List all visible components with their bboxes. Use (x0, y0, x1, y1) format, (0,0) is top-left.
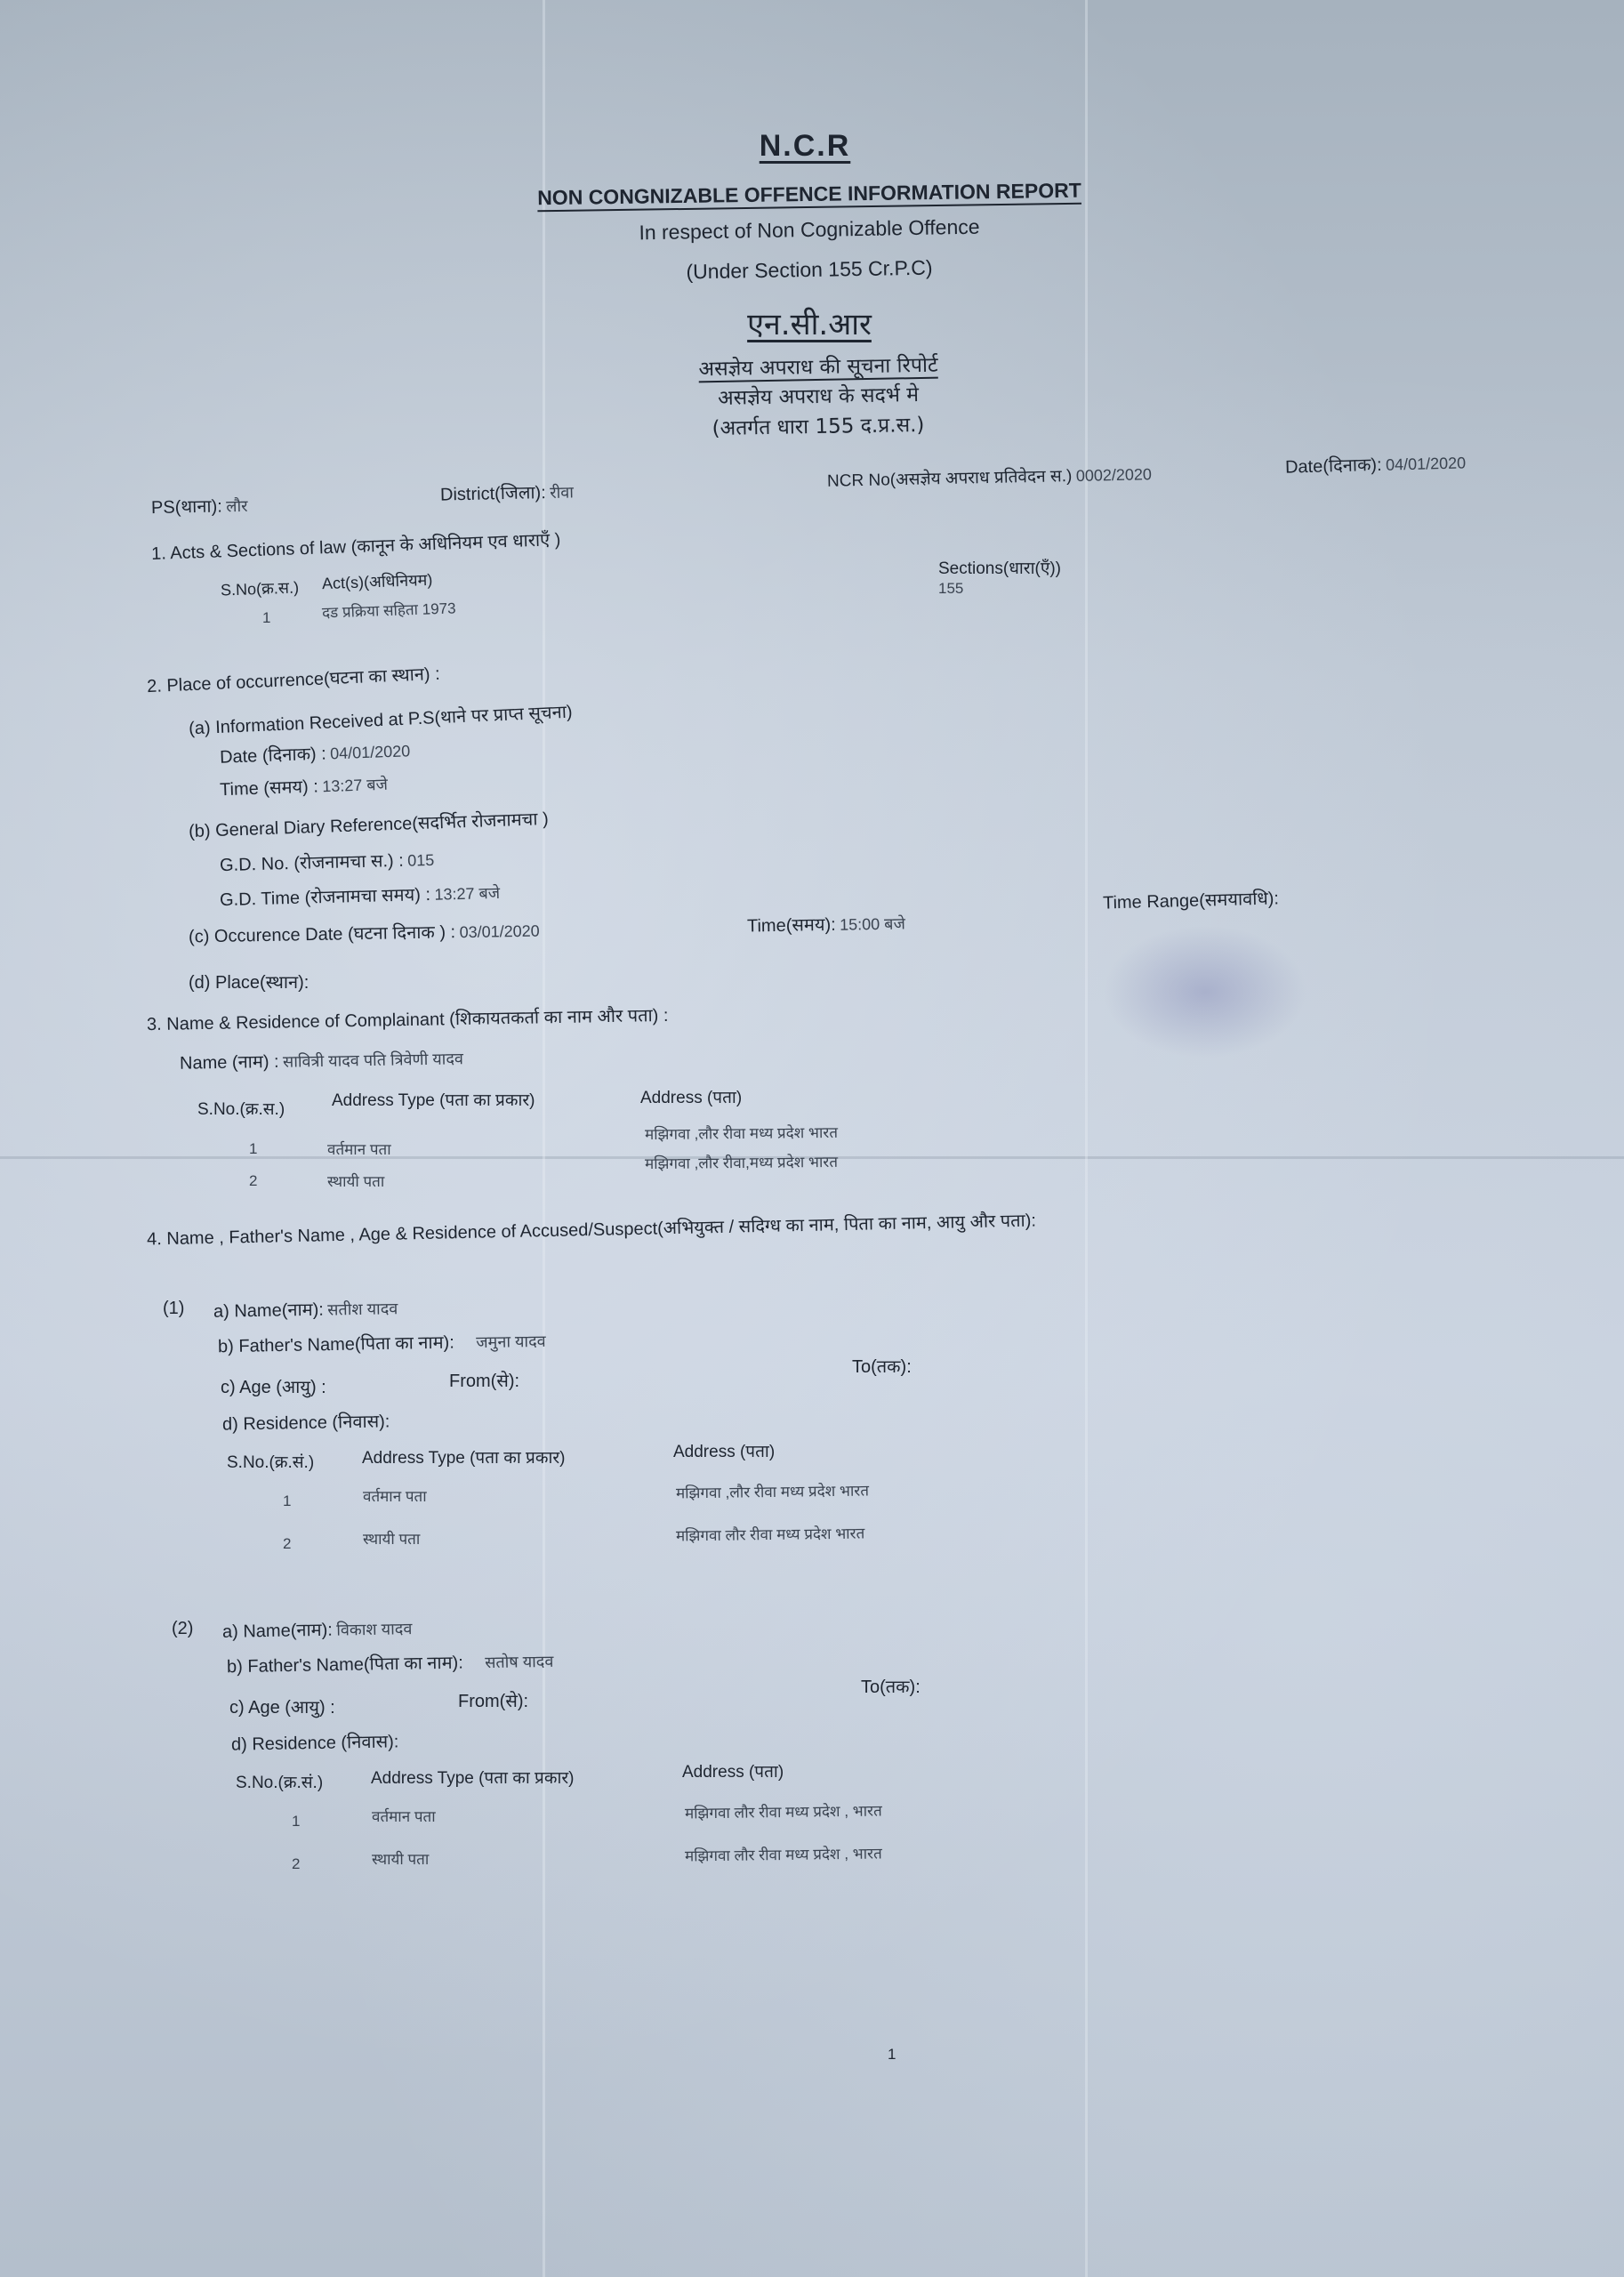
row-sno: 2 (283, 1535, 291, 1553)
row-sno: 1 (249, 1140, 257, 1158)
accused-col-sno: S.No.(क्र.सं.) (236, 1770, 323, 1793)
accused-to-label: To(तक): (852, 1354, 912, 1378)
accused-father-label: b) Father's Name(पिता का नाम): (227, 1653, 463, 1678)
accused-age-label: c) Age (आयु) : (221, 1374, 326, 1398)
section3-col-address: Address (पता) (640, 1085, 742, 1108)
row-sno: 2 (249, 1172, 257, 1190)
section1-col-sno: S.No(क्र.स.) (221, 576, 300, 600)
row-address: मझिगवा ,लौर रीवा मध्य प्रदेश भारत (676, 1479, 869, 1502)
row-type: वर्तमान पता (327, 1138, 391, 1159)
gd-no-label: G.D. No. (रोजनामचा स.) : (220, 851, 404, 875)
accused-residence-label: d) Residence (निवास): (231, 1728, 399, 1755)
row-type: स्थायी पता (372, 1848, 429, 1869)
hindi-subtitle-2: (अतर्गत धारा 155 द.प्र.स.) (676, 408, 961, 442)
section1-col-act: Act(s)(अधिनियम) (322, 569, 433, 594)
occurrence-date-label: (c) Occurence Date (घटना दिनाक ) : (189, 922, 455, 946)
accused-col-address: Address (पता) (673, 1439, 775, 1462)
accused-name-value: सतीश यादव (327, 1299, 398, 1318)
gd-time-value: 13:27 बजे (434, 884, 500, 904)
accused-index: (1) (163, 1299, 184, 1319)
row-sno: 1 (292, 1813, 300, 1830)
section3-col-type: Address Type (पता का प्रकार) (332, 1088, 535, 1111)
hindi-subtitle-1: असज्ञेय अपराध के सदर्भ मे (667, 378, 970, 412)
date-field: Date(दिनाक): 04/01/2020 (1285, 449, 1467, 478)
occurrence-time-field: Time(समय): 15:00 बजे (747, 910, 905, 937)
accused-father-label: b) Father's Name(पिता का नाम): (218, 1333, 454, 1357)
accused-index: (2) (172, 1619, 193, 1639)
ink-stamp-mark (1103, 925, 1307, 1058)
ncr-no-value: 0002/2020 (1076, 465, 1152, 485)
gd-no-value: 015 (407, 851, 435, 870)
accused-col-address: Address (पता) (682, 1759, 784, 1782)
accused-to-label: To(तक): (861, 1674, 921, 1698)
section1-col-sections: Sections(धारा(एँ)) (938, 556, 1061, 579)
accused-col-sno: S.No.(क्र.सं.) (227, 1450, 314, 1473)
section3-col-sno: S.No.(क्र.स.) (197, 1097, 285, 1120)
info-date-label: Date (दिनाक) : (220, 744, 326, 768)
complainant-name-field: Name (नाम) : सावित्री यादव पति त्रिवेणी … (180, 1045, 463, 1074)
accused-name-label: a) Name(नाम): (213, 1300, 324, 1322)
accused-col-type: Address Type (पता का प्रकार) (371, 1766, 574, 1789)
info-date-value: 04/01/2020 (330, 742, 411, 762)
hindi-title-abbr: एन.सी.आर (694, 302, 925, 343)
row-type: वर्तमान पता (363, 1485, 427, 1506)
accused-residence-label: d) Residence (निवास): (222, 1408, 390, 1435)
section1-row-sno: 1 (262, 609, 270, 627)
accused-from-label: From(से): (449, 1368, 519, 1392)
district-value: रीवा (550, 483, 574, 502)
ps-label: PS(थाना): (151, 496, 222, 518)
occurrence-time-value: 15:00 बजे (840, 914, 905, 933)
row-sno: 1 (283, 1493, 291, 1510)
accused-name-field: a) Name(नाम): सतीश यादव (213, 1295, 398, 1323)
accused-name-label: a) Name(नाम): (222, 1621, 333, 1642)
complainant-name-value: सावित्री यादव पति त्रिवेणी यादव (283, 1050, 463, 1071)
accused-name-field: a) Name(नाम): विकाश यादव (222, 1615, 413, 1643)
accused-col-type: Address Type (पता का प्रकार) (362, 1445, 565, 1468)
accused-from-label: From(से): (458, 1688, 528, 1712)
info-time-label: Time (समय) : (220, 776, 318, 800)
accused-age-label: c) Age (आयु) : (229, 1694, 335, 1718)
row-address: मझिगवा लौर रीवा मध्य प्रदेश भारत (676, 1523, 865, 1546)
ps-field: PS(थाना): लौर (151, 493, 248, 519)
row-address: मझिगवा ,लौर रीवा,मध्य प्रदेश भारत (645, 1151, 838, 1173)
district-label: District(जिला): (440, 483, 546, 504)
info-time-value: 13:27 बजे (322, 776, 388, 796)
accused-name-value: विकाश यादव (336, 1620, 412, 1638)
row-type: स्थायी पता (327, 1171, 384, 1191)
ncr-no-label: NCR No(असज्ञेय अपराध प्रतिवेदन स.) (827, 467, 1073, 491)
row-address: मझिगवा लौर रीवा मध्य प्रदेश , भारत (685, 1799, 882, 1822)
row-type: स्थायी पता (363, 1528, 420, 1549)
accused-father-value: जमुना यादव (476, 1332, 546, 1351)
row-address: मझिगवा ,लौर रीवा मध्य प्रदेश भारत (645, 1122, 838, 1144)
date-value: 04/01/2020 (1386, 454, 1467, 473)
title-abbr: N.C.R (712, 129, 898, 164)
page-number: 1 (888, 2046, 896, 2064)
accused-father-value: सतोष यादव (485, 1653, 554, 1671)
occurrence-date-value: 03/01/2020 (459, 922, 539, 942)
time-range-label: Time Range(समयावधि): (1103, 885, 1280, 913)
complainant-name-label: Name (नाम) : (180, 1052, 279, 1074)
date-label: Date(दिनाक): (1285, 455, 1382, 478)
district-field: District(जिला): रीवा (440, 479, 574, 505)
place-label: (d) Place(स्थान): (189, 970, 309, 994)
occurrence-time-label: Time(समय): (747, 915, 836, 937)
row-address: मझिगवा लौर रीवा मध्य प्रदेश , भारत (685, 1842, 882, 1865)
row-sno: 2 (292, 1855, 300, 1873)
row-type: वर्तमान पता (372, 1806, 436, 1826)
section1-row-sections: 155 (938, 580, 963, 598)
paper-fold (543, 0, 545, 2277)
paper-fold (1085, 0, 1088, 2277)
ps-value: लौर (226, 497, 248, 516)
